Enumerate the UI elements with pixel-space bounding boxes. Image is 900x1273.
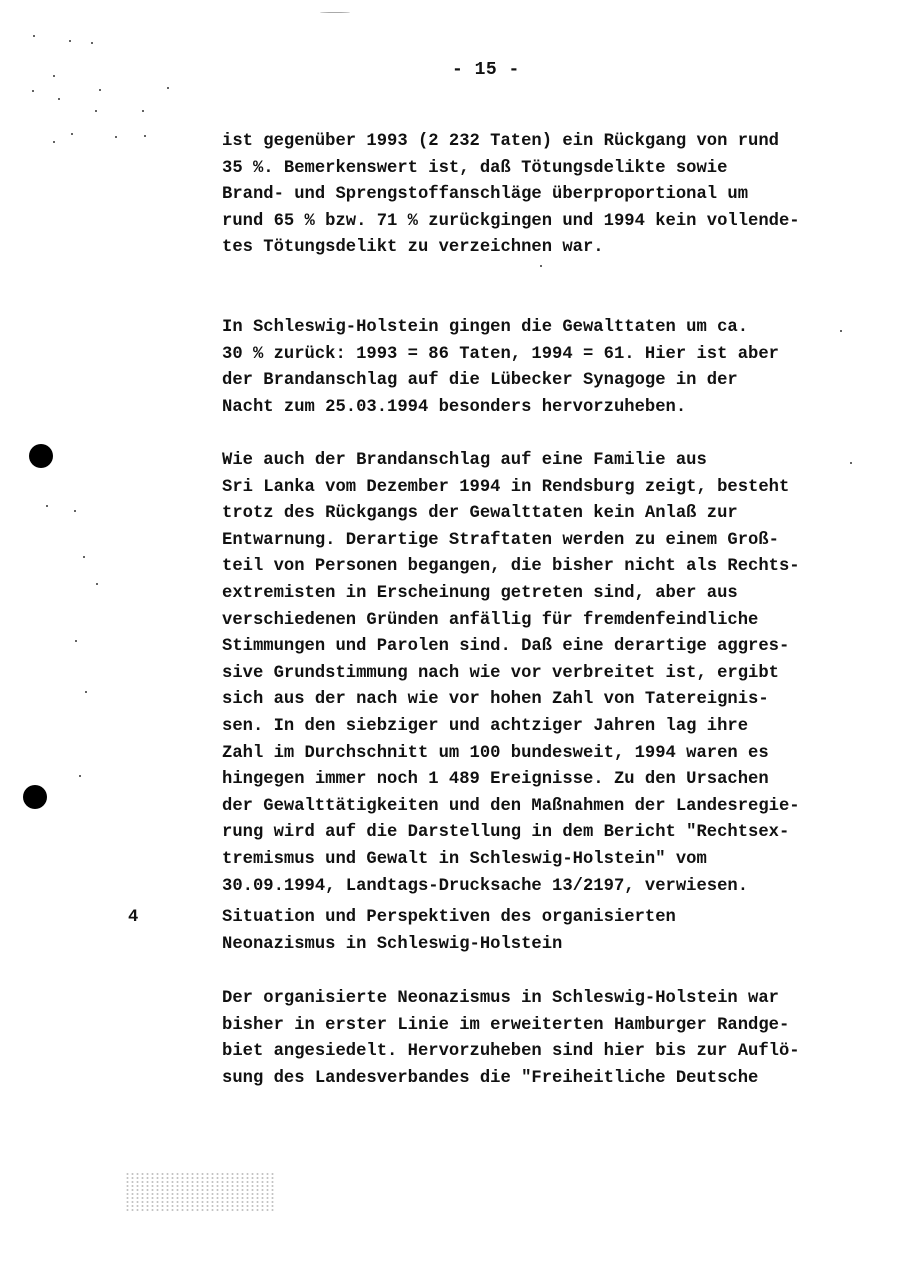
text-line: rung wird auf die Darstellung in dem Ber…	[222, 820, 862, 847]
section-heading-line: Situation und Perspektiven des organisie…	[222, 905, 862, 932]
paragraph-organized-neonazism: Der organisierte Neonazismus in Schleswi…	[222, 986, 862, 1092]
scan-speck	[33, 35, 35, 37]
scan-speck	[46, 505, 48, 507]
scan-speck	[167, 87, 169, 89]
text-line: tes Tötungsdelikt zu verzeichnen war.	[222, 235, 862, 262]
scan-speck	[320, 12, 350, 13]
text-line: sen. In den siebziger und achtziger Jahr…	[222, 714, 862, 741]
scan-speck	[75, 640, 77, 642]
text-line: rund 65 % bzw. 71 % zurückgingen und 199…	[222, 209, 862, 236]
text-line: verschiedenen Gründen anfällig für fremd…	[222, 608, 862, 635]
scan-speck	[840, 330, 842, 332]
scan-speck	[850, 462, 852, 464]
text-line: 35 %. Bemerkenswert ist, daß Tötungsdeli…	[222, 156, 862, 183]
scan-speck	[69, 40, 71, 42]
text-line: Nacht zum 25.03.1994 besonders hervorzuh…	[222, 395, 862, 422]
section-heading: Situation und Perspektiven des organisie…	[222, 905, 862, 958]
text-line: Der organisierte Neonazismus in Schleswi…	[222, 986, 862, 1013]
text-line: sich aus der nach wie vor hohen Zahl von…	[222, 687, 862, 714]
scan-speck	[91, 42, 93, 44]
scan-speck	[142, 110, 144, 112]
text-line: tremismus und Gewalt in Schleswig-Holste…	[222, 847, 862, 874]
text-line: Zahl im Durchschnitt um 100 bundesweit, …	[222, 741, 862, 768]
scan-speck	[71, 133, 73, 135]
text-line: Wie auch der Brandanschlag auf eine Fami…	[222, 448, 862, 475]
scan-speck	[53, 141, 55, 143]
scan-speck	[144, 135, 146, 137]
scan-speck	[96, 583, 98, 585]
text-line: ist gegenüber 1993 (2 232 Taten) ein Rüc…	[222, 129, 862, 156]
text-line: In Schleswig-Holstein gingen die Gewaltt…	[222, 315, 862, 342]
text-line: Entwarnung. Derartige Straftaten werden …	[222, 528, 862, 555]
text-line: 30 % zurück: 1993 = 86 Taten, 1994 = 61.…	[222, 342, 862, 369]
scan-speck	[74, 510, 76, 512]
text-line: Brand- und Sprengstoffanschläge überprop…	[222, 182, 862, 209]
paragraph-schleswig-holstein: In Schleswig-Holstein gingen die Gewaltt…	[222, 315, 862, 421]
scan-speck	[83, 556, 85, 558]
text-line: extremisten in Erscheinung getreten sind…	[222, 581, 862, 608]
scan-speck	[95, 110, 97, 112]
text-line: sive Grundstimmung nach wie vor verbreit…	[222, 661, 862, 688]
text-line: 30.09.1994, Landtags-Drucksache 13/2197,…	[222, 874, 862, 901]
scan-speck	[99, 89, 101, 91]
scan-speck	[53, 75, 55, 77]
text-line: hingegen immer noch 1 489 Ereignisse. Zu…	[222, 767, 862, 794]
text-line: sung des Landesverbandes die "Freiheitli…	[222, 1066, 862, 1093]
text-line: der Brandanschlag auf die Lübecker Synag…	[222, 368, 862, 395]
paragraph-rendsburg-arson: Wie auch der Brandanschlag auf eine Fami…	[222, 448, 862, 900]
punch-hole-mark	[29, 444, 53, 468]
text-line: der Gewalttätigkeiten und den Maßnahmen …	[222, 794, 862, 821]
scan-speck	[540, 265, 542, 267]
page-number: - 15 -	[452, 60, 520, 80]
section-heading-line: Neonazismus in Schleswig-Holstein	[222, 932, 862, 959]
text-line: Stimmungen und Parolen sind. Daß eine de…	[222, 634, 862, 661]
text-line: teil von Personen begangen, die bisher n…	[222, 554, 862, 581]
text-line: trotz des Rückgangs der Gewalttaten kein…	[222, 501, 862, 528]
scan-speck	[58, 98, 60, 100]
scan-speck	[79, 775, 81, 777]
scan-speck	[32, 90, 34, 92]
scanned-document-page: - 15 - ist gegenüber 1993 (2 232 Taten) …	[0, 0, 900, 1273]
scan-noise-smudge	[125, 1172, 275, 1212]
punch-hole-mark	[23, 785, 47, 809]
scan-speck	[115, 136, 117, 138]
scan-speck	[85, 691, 87, 693]
paragraph-statistics-decline: ist gegenüber 1993 (2 232 Taten) ein Rüc…	[222, 129, 862, 262]
section-number: 4	[128, 905, 138, 932]
text-line: Sri Lanka vom Dezember 1994 in Rendsburg…	[222, 475, 862, 502]
text-line: bisher in erster Linie im erweiterten Ha…	[222, 1013, 862, 1040]
text-line: biet angesiedelt. Hervorzuheben sind hie…	[222, 1039, 862, 1066]
